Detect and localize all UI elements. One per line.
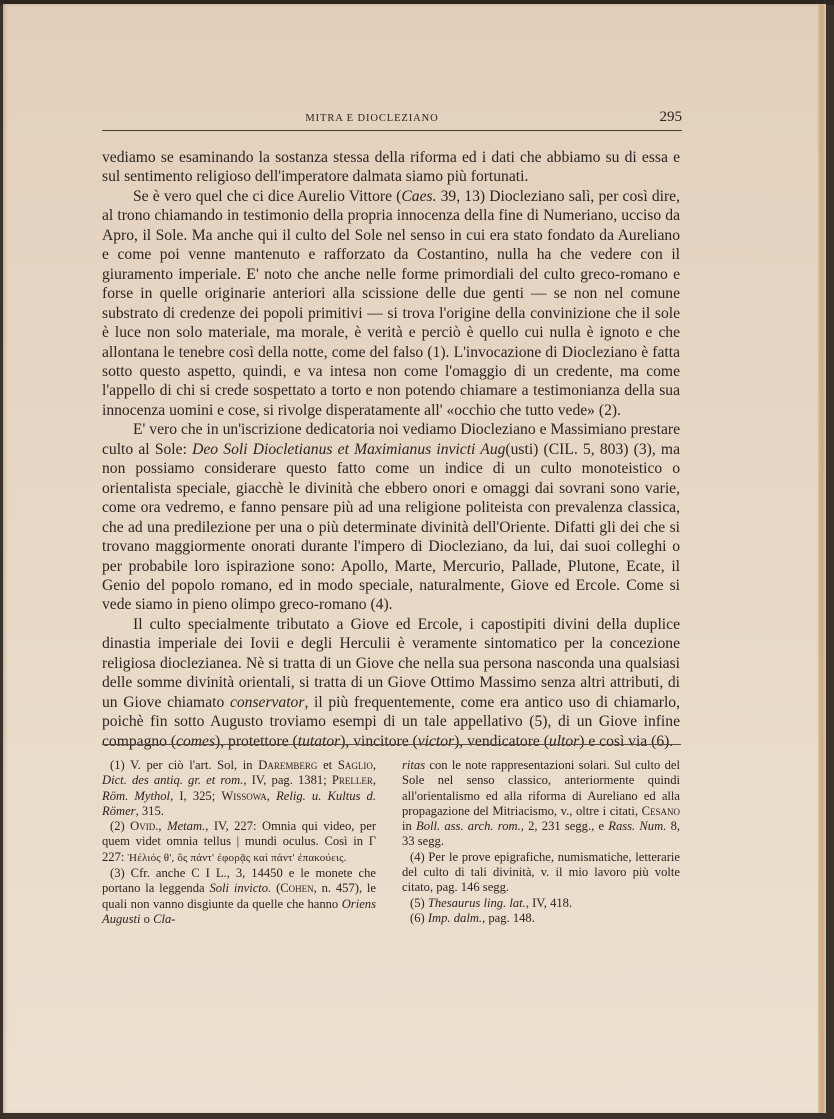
footnote-6: (6) Imp. dalm., pag. 148.: [402, 911, 680, 926]
main-text: vediamo se esaminando la sostanza stessa…: [102, 148, 680, 751]
inscription-text: Deo Soli Diocletianus et Maximianus invi…: [192, 441, 505, 458]
paragraph-4: Il culto specialmente tributato a Giove …: [102, 615, 680, 751]
footnote-2: (2) Ovid., Metam., IV, 227: Omnia qui vi…: [102, 819, 376, 866]
scan-bottom-border: [0, 1113, 834, 1119]
footnote-rule-right: [403, 744, 681, 745]
citation-caes: Caes.: [401, 188, 436, 205]
greek-quotation: Ἠέλιός θ', ὃς πάντ' ἐφορᾷς καὶ πάντ' ἐπα…: [128, 852, 347, 864]
scanned-page: Mitra e Diocleziano 295 vediamo se esami…: [0, 0, 834, 1119]
paragraph-3: E' vero che in un'iscrizione dedicatoria…: [102, 420, 680, 615]
paragraph-1: vediamo se esaminando la sostanza stessa…: [102, 148, 680, 187]
header-rule: [102, 130, 682, 131]
running-title: Mitra e Diocleziano: [102, 113, 642, 124]
footnote-3: (3) Cfr. anche C I L., 3, 14450 e le mon…: [102, 866, 376, 927]
footnote-5: (5) Thesaurus ling. lat., IV, 418.: [402, 896, 680, 911]
footnote-1: (1) V. per ciò l'art. Sol, in Daremberg …: [102, 758, 376, 819]
footnote-4: (4) Per le prove epigrafiche, numismatic…: [402, 850, 680, 896]
page-edge: [818, 4, 826, 1114]
footnote-column-left: (1) V. per ciò l'art. Sol, in Daremberg …: [102, 758, 376, 927]
page-number: 295: [660, 109, 683, 126]
running-head: Mitra e Diocleziano 295: [102, 109, 682, 131]
footnote-rule-left: [102, 744, 402, 745]
paragraph-2: Se è vero quel che ci dice Aurelio Vitto…: [102, 187, 680, 420]
footnote-column-right: ritas con le note rappresentazioni solar…: [402, 758, 680, 926]
footnote-3-continued: ritas con le note rappresentazioni solar…: [402, 758, 680, 850]
